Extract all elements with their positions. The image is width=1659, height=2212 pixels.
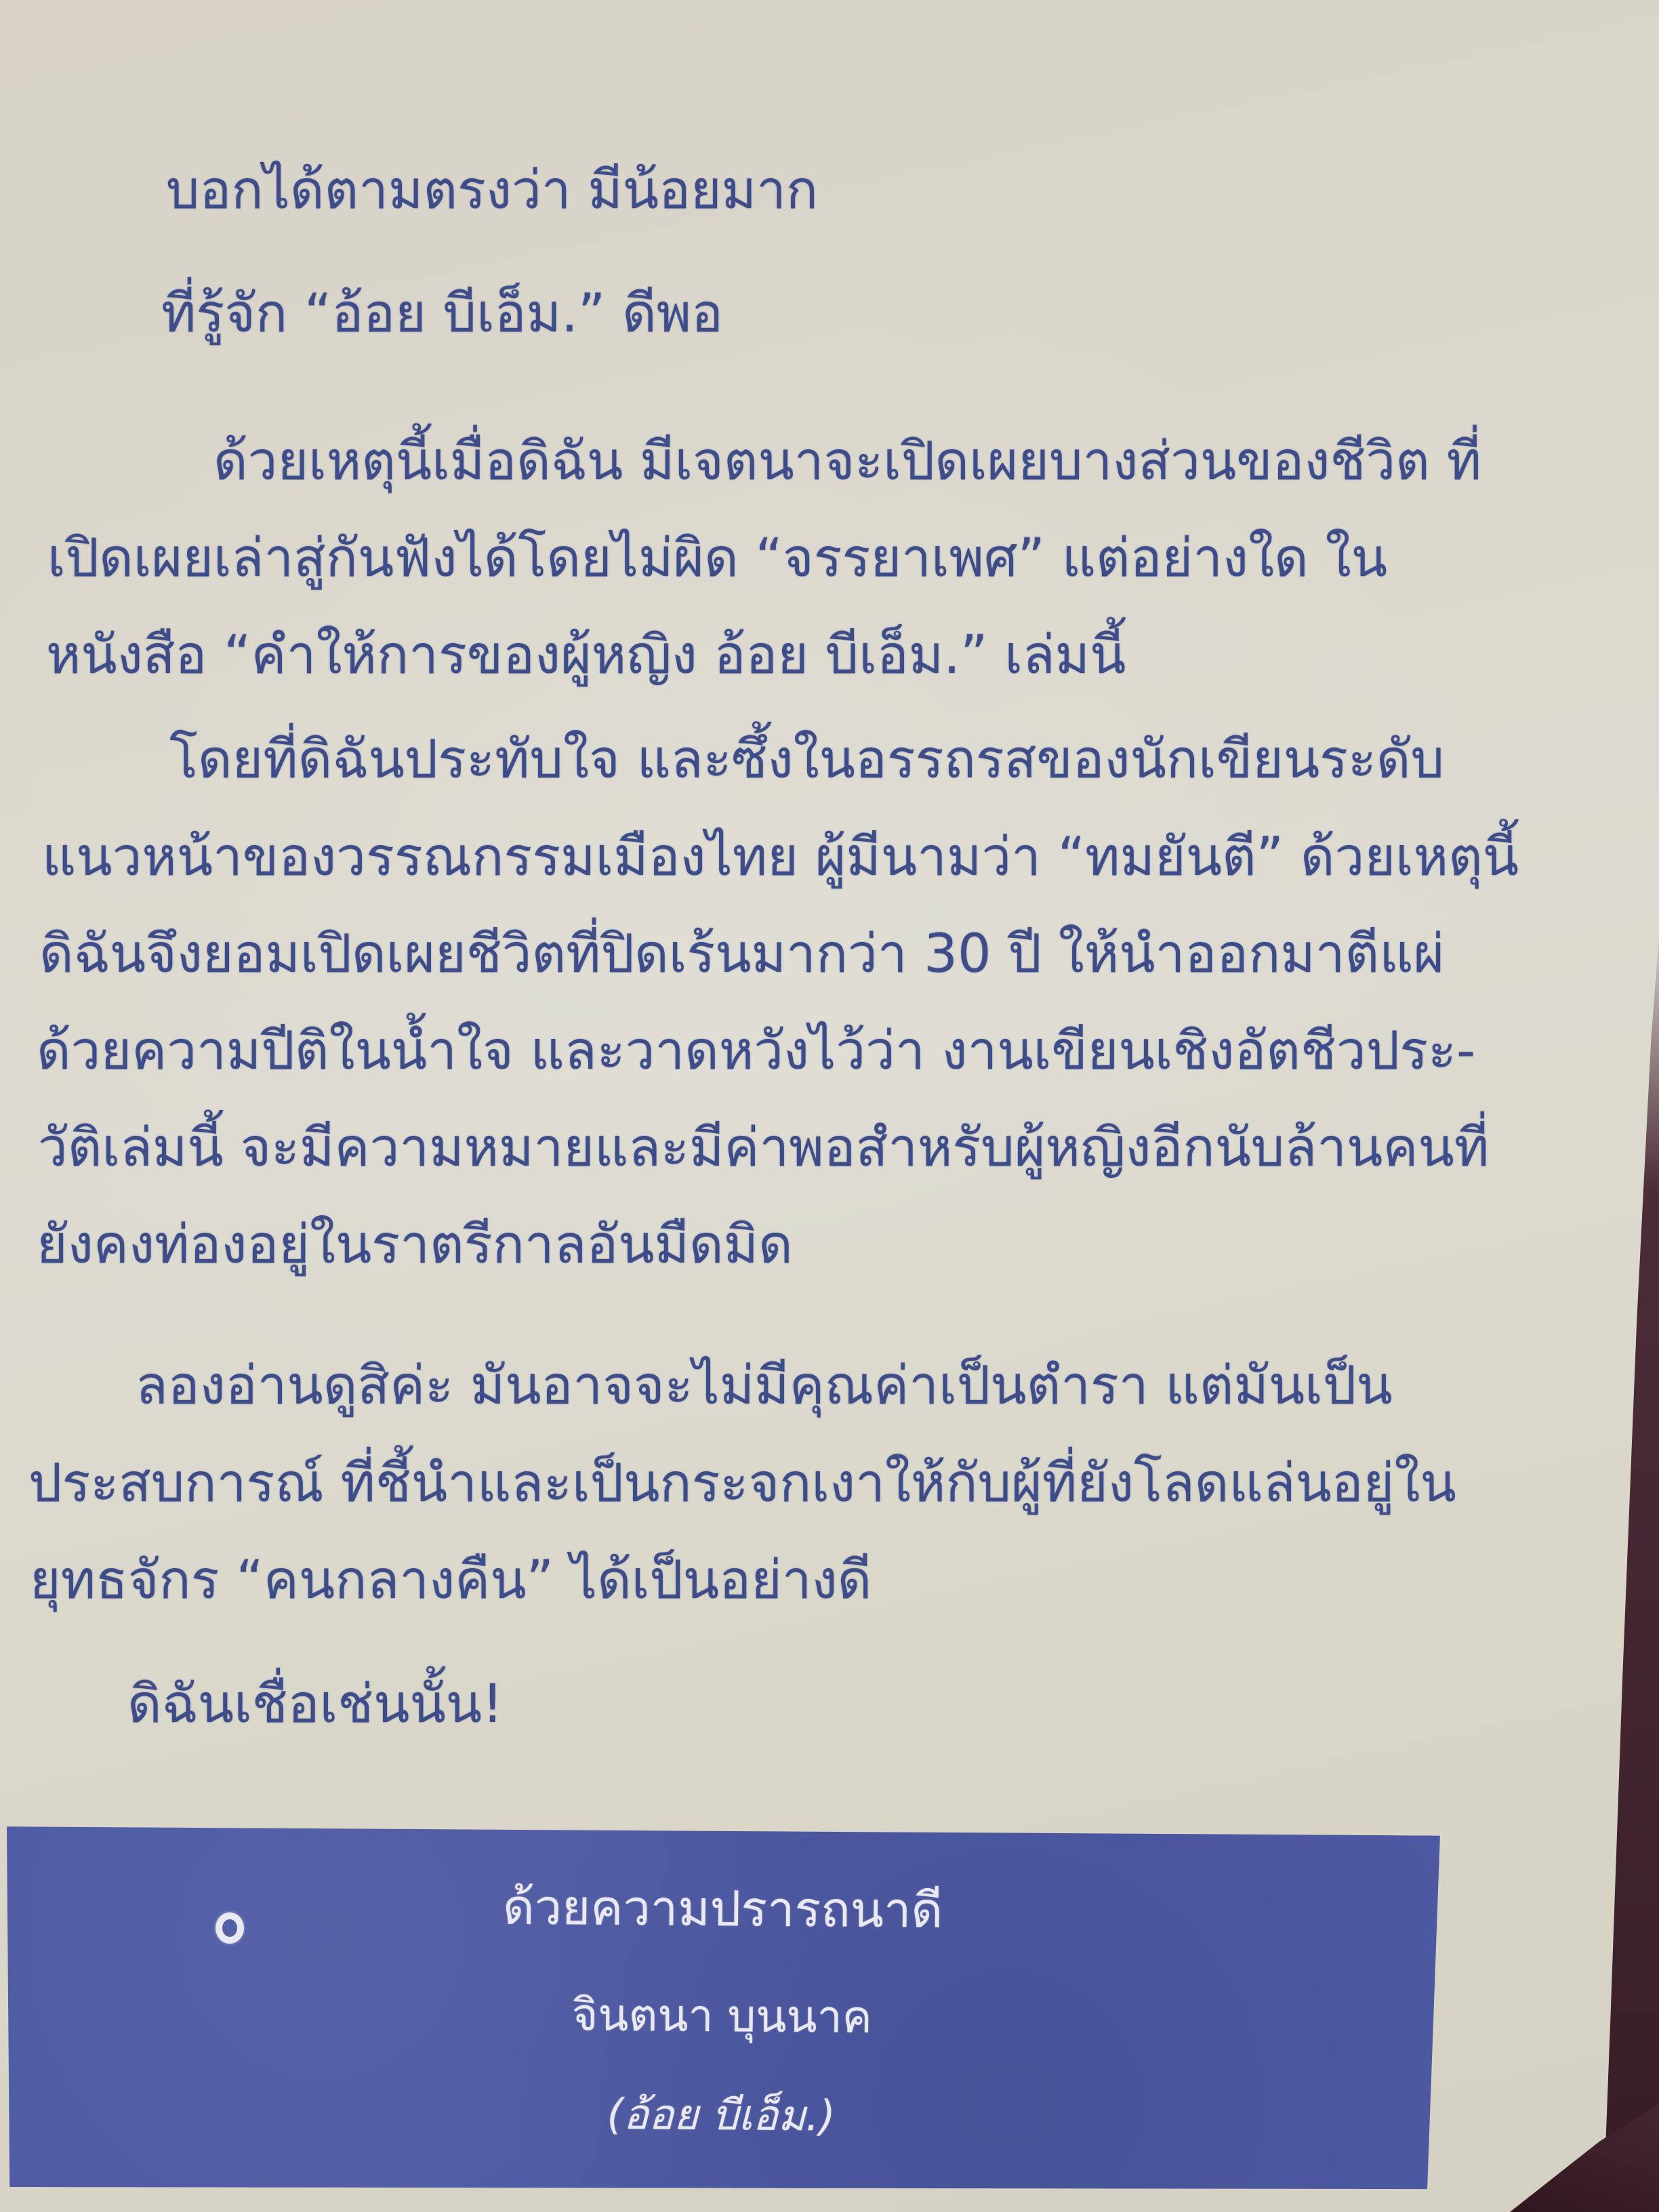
paragraph-line: บอกได้ตามตรงว่า มีน้อยมาก bbox=[166, 164, 818, 217]
paragraph-line: หนังสือ “คำให้การของผู้หญิง อ้อย บีเอ็ม.… bbox=[46, 629, 1126, 682]
ring-mark bbox=[216, 1912, 244, 1944]
paragraph-line: ที่รู้จัก “อ้อย บีเอ็ม.” ดีพอ bbox=[161, 287, 723, 340]
paragraph-line: ด้วยความปีติในน้ำใจ และวาดหวังไว้ว่า งาน… bbox=[37, 1025, 1475, 1078]
paragraph-line: เปิดเผยเล่าสู่กันฟังได้โดยไม่ผิด “จรรยาเ… bbox=[47, 532, 1387, 585]
paragraph-line: ดิฉันจึงยอมเปิดเผยชีวิตที่ปิดเร้นมากว่า … bbox=[39, 928, 1444, 981]
paragraph-line: ประสบการณ์ ที่ชี้นำและเป็นกระจกเงาให้กับ… bbox=[28, 1457, 1456, 1510]
paragraph-line: แนวหน้าของวรรณกรรมเมืองไทย ผู้มีนามว่า “… bbox=[42, 831, 1519, 884]
paragraph-line: วัติเล่มนี้ จะมีความหมายและมีค่าพอสำหรับ… bbox=[38, 1122, 1489, 1174]
banner-author-alias: (อ้อย บีเอ็ม.) bbox=[4, 2076, 1438, 2154]
paragraph-line: ลองอ่านดูสิค่ะ มันอาจจะไม่มีคุณค่าเป็นตำ… bbox=[136, 1359, 1393, 1412]
book-page-photo: บอกได้ตามตรงว่า มีน้อยมาก ที่รู้จัก “อ้อ… bbox=[0, 0, 1659, 2212]
paragraph-line: ด้วยเหตุนี้เมื่อดิฉัน มีเจตนาจะเปิดเผยบา… bbox=[213, 435, 1481, 488]
table-surface-corner bbox=[1510, 2104, 1659, 2212]
signature-banner: ด้วยความปรารถนาดี จินตนา บุนนาค (อ้อย บี… bbox=[4, 1824, 1440, 2198]
table-surface-edge bbox=[1594, 935, 1659, 2212]
closing-line: ดิฉันเชื่อเช่นนั้น! bbox=[127, 1678, 503, 1731]
banner-author-name: จินตนา บุนนาค bbox=[5, 1975, 1439, 2057]
paragraph-line: ยุทธจักร “คนกลางคืน” ได้เป็นอย่างดี bbox=[30, 1554, 872, 1607]
paragraph-line: โดยที่ดิฉันประทับใจ และซึ้งในอรรถรสของนั… bbox=[169, 733, 1444, 786]
paragraph-line: ยังคงท่องอยู่ในราตรีกาลอันมืดมิด bbox=[37, 1218, 793, 1271]
